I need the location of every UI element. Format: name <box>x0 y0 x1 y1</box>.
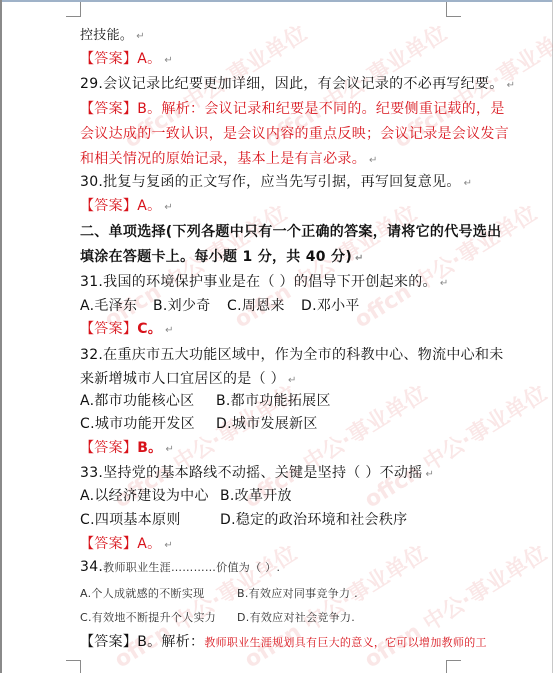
watermark: offcn 中公·事业单位 <box>348 197 542 334</box>
paragraph-mark-icon: ↵ <box>165 444 174 455</box>
option-b: B.都市功能拓展区 <box>216 390 331 410</box>
answer-line: 【答案】B。↵ <box>80 437 174 457</box>
margin-corner-top-left <box>66 2 81 17</box>
option-a: A.都市功能核心区 <box>80 390 194 410</box>
question-29: 29.会议记录比纪要更加详细，因此，有会议记录的不必再写纪要。↵ <box>80 73 515 93</box>
watermark: offcn 中公·事业单位 <box>238 537 432 673</box>
option-b: B.改革开放 <box>220 485 292 505</box>
option-b: B.有效应对同事竞争力 . <box>237 585 358 601</box>
analysis-label: 解析： <box>161 634 204 650</box>
margin-corner-bottom-right <box>446 660 461 673</box>
watermark: offcn 中公·事业单位 <box>108 537 302 673</box>
watermark: offcn 中公·事业单位 <box>358 537 552 673</box>
option-a: A.个人成就感的不断实现 <box>80 585 204 601</box>
question-34: 34.教师职业生涯…………价值为（ ）. <box>80 559 280 575</box>
option-a: A.以经济建设为中心 <box>80 485 209 505</box>
question-33: 33.坚持党的基本路线不动摇、关键是坚持（ ）不动摇↵ <box>80 462 434 482</box>
answer-line: 【答案】A。↵ <box>80 48 173 68</box>
analysis-label: 解析： <box>161 101 204 117</box>
option-d: D.稳定的政治环境和社会秩序 <box>220 509 407 529</box>
margin-corner-top-right <box>446 2 461 17</box>
paragraph-mark-icon: ↵ <box>136 31 145 42</box>
answer-line: 【答案】C。↵ <box>80 318 174 338</box>
section-heading: 二、单项选择(下列各题中只有一个正确的答案，请将它的代号选出 <box>80 221 501 241</box>
option-d: D.城市发展新区 <box>216 413 318 433</box>
option-c: C.周恩来 <box>227 295 285 315</box>
paragraph-mark-icon: ↵ <box>355 253 364 264</box>
answer-value: A。 <box>137 51 161 67</box>
answer-value: A。 <box>137 536 161 552</box>
analysis-line: 和相关情况的原始记录，基本上是有言必录。↵ <box>80 148 378 168</box>
answer-label: 【答案】 <box>80 51 137 67</box>
option-c: C.四项基本原则 <box>80 509 181 529</box>
answer-label: 【答案】 <box>80 440 137 456</box>
option-c: C.有效地不断提升个人实力 <box>80 609 216 625</box>
paragraph-mark-icon: ↵ <box>369 155 378 166</box>
answer-label: 【答案】 <box>80 321 137 337</box>
answer-label: 【答案】 <box>80 536 137 552</box>
paragraph-mark-icon: ↵ <box>440 278 449 289</box>
text-line: 控技能。↵ <box>80 24 145 43</box>
answer-value: B。 <box>137 101 161 117</box>
answer-line: 【答案】B。解析：教师职业生涯规划具有巨大的意义，它可以增加教师的工 <box>80 631 487 651</box>
option-d: D.邓小平 <box>301 295 360 315</box>
option-a: A.毛泽东 <box>80 295 137 315</box>
answer-line: 【答案】A。↵ <box>80 533 173 553</box>
answer-value: A。 <box>137 198 161 214</box>
paragraph-mark-icon: ↵ <box>164 202 173 213</box>
paragraph-mark-icon: ↵ <box>288 375 297 386</box>
section-heading: 填涂在答题卡上。每小题 1 分，共 40 分)↵ <box>80 246 364 266</box>
option-c: C.城市功能开发区 <box>80 413 195 433</box>
answer-value: B。 <box>137 634 161 650</box>
answer-label: 【答案】 <box>80 101 137 117</box>
answer-line: 【答案】A。↵ <box>80 195 173 215</box>
paragraph-mark-icon: ↵ <box>464 178 473 189</box>
paragraph-mark-icon: ↵ <box>165 325 174 336</box>
margin-corner-bottom-left <box>66 660 81 673</box>
answer-label: 【答案】 <box>80 198 137 214</box>
analysis-line: 会议达成的一致认识，是会议内容的重点反映；会议记录是会议发言 <box>80 123 509 143</box>
question-30: 30.批复与复函的正文写作，应当先写引据，再写回复意见。↵ <box>80 171 472 191</box>
option-d: D.有效应对社会竞争力. <box>237 609 355 625</box>
answer-value: B。 <box>137 440 162 456</box>
analysis-text: 教师职业生涯规划具有巨大的意义，它可以增加教师的工 <box>204 636 487 649</box>
page-left-border <box>0 0 2 673</box>
paragraph-mark-icon: ↵ <box>507 80 516 91</box>
answer-value: C。 <box>137 321 162 337</box>
paragraph-mark-icon: ↵ <box>164 540 173 551</box>
question-32: 32.在重庆市五大功能区域中，作为全市的科教中心、物流中心和未 <box>80 344 504 364</box>
page-top-border <box>0 0 553 2</box>
paragraph-mark-icon: ↵ <box>426 469 435 480</box>
option-b: B.刘少奇 <box>153 295 211 315</box>
analysis-text: 会议记录和纪要是不同的。纪要侧重记载的，是 <box>204 101 504 117</box>
answer-label: 【答案】 <box>80 634 137 650</box>
answer-line: 【答案】B。解析：会议记录和纪要是不同的。纪要侧重记载的，是 <box>80 98 505 118</box>
watermark: offcn 中公·事业单位 <box>358 377 552 514</box>
question-31: 31.我国的环境保护事业是在（ ）的倡导下开创起来的。↵ <box>80 271 449 291</box>
question-32-cont: 来新增城市人口宜居区的是（ ）↵ <box>80 368 297 388</box>
paragraph-mark-icon: ↵ <box>164 55 173 66</box>
